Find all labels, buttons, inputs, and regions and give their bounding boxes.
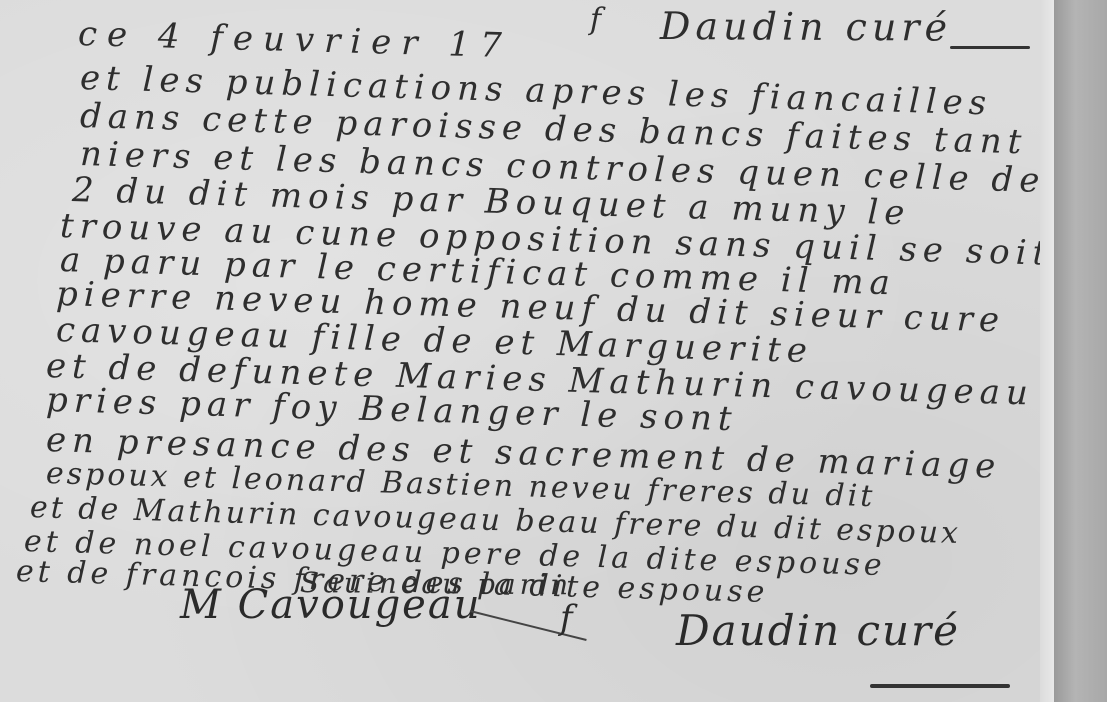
top-signature-underline (950, 46, 1030, 49)
text-line-1: ce 4 feuvrier 17 (77, 14, 512, 66)
top-signature-prefix: f (590, 2, 605, 37)
signature-left: M Cavougeau (180, 582, 481, 628)
signature-right-prefix: f (560, 598, 575, 638)
signature-right-underline (870, 684, 1010, 688)
signature-right: Daudin curé (676, 606, 960, 655)
page-edge-highlight (1040, 0, 1054, 702)
page-binding-edge (1054, 0, 1107, 702)
top-signature-name: Daudin curé (660, 4, 952, 50)
document-page: 3 ce 4 feuvrier 17 f Daudin curé et les … (0, 0, 1054, 702)
